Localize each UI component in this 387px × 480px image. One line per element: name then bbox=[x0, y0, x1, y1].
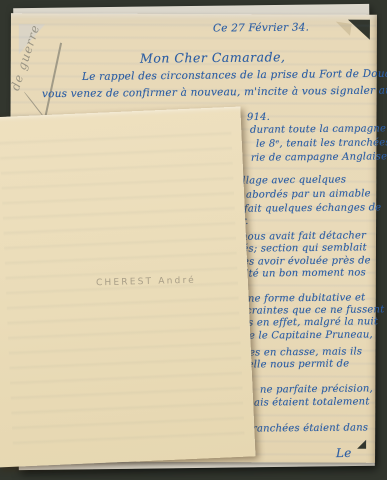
letter-line-fragment: és en effet, malgré la nuit bbox=[242, 316, 378, 328]
letter-line-fragment: abordés par un aimable bbox=[246, 188, 371, 200]
letter-line-fragment: ranchées étaient dans bbox=[252, 422, 368, 434]
letter-line-fragment: 914. bbox=[247, 112, 270, 123]
letter-line-fragment: ais étaient totalement bbox=[254, 396, 370, 408]
letter-date: Ce 27 Février 34. bbox=[213, 21, 309, 34]
letter-line-fragment: vous venez de confirmer à nouveau, m'inc… bbox=[42, 84, 387, 100]
letter-line-fragment: Le bbox=[336, 446, 352, 460]
letter-line-fragment: iés; section qui semblait bbox=[239, 242, 367, 254]
letter-line-fragment: ne forme dubitative et bbox=[248, 292, 365, 304]
letter-line-fragment: alté un bon moment nos bbox=[239, 267, 366, 279]
letter-line-fragment: rès avoir évoluée près de bbox=[238, 255, 371, 267]
scanned-letter-canvas: de guerre Ce 27 Février 34. Mon Cher Cam… bbox=[0, 0, 387, 480]
letter-line-fragment: illage avec quelques bbox=[239, 174, 346, 186]
letter-line-fragment: craintes que ce ne fussent bbox=[246, 304, 384, 316]
letter-line-fragment: ne parfaite précision, bbox=[260, 383, 373, 395]
letter-salutation: Mon Cher Camarade, bbox=[140, 49, 286, 66]
letter-line-fragment: durant toute la campagne — bbox=[250, 123, 387, 136]
letter-line-fragment: înes en chasse, mais ils bbox=[239, 346, 362, 358]
letter-line-fragment: nelle nous permit de bbox=[241, 358, 349, 370]
letter-line-fragment: nous avait fait détacher bbox=[241, 230, 366, 242]
letter-line-fragment: rie de campagne Anglaise bbox=[251, 151, 387, 163]
letter-line-fragment: le 8ᵉ, tenait les tranchées, bbox=[256, 137, 387, 149]
letter-line-fragment: fait quelques échanges de bbox=[244, 202, 382, 214]
letter-line-fragment: e le Capitaine Pruneau, bbox=[249, 329, 373, 341]
letter-line-fragment: Le rappel des circonstances de la prise … bbox=[82, 67, 387, 83]
